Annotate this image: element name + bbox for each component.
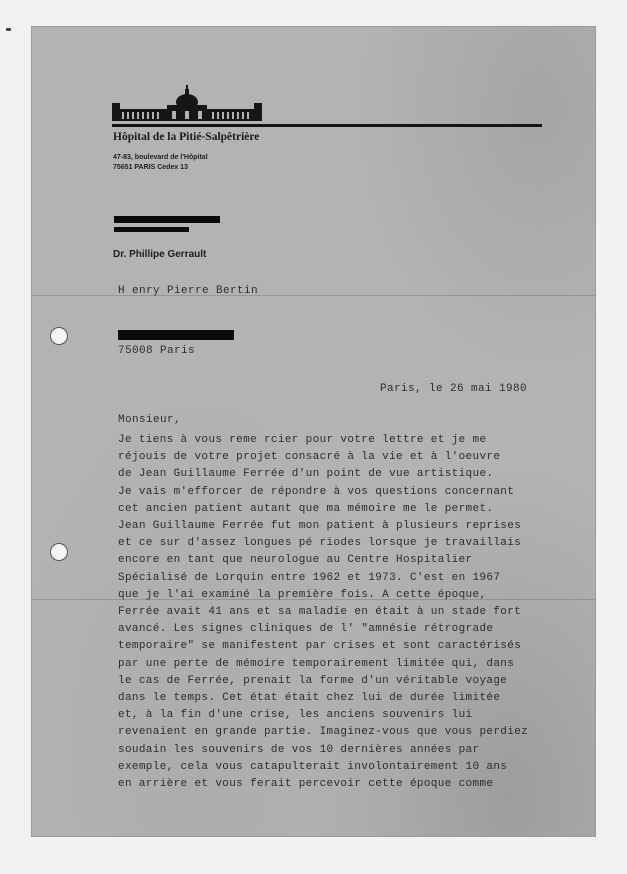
fold-line <box>32 295 595 296</box>
stray-mark <box>6 28 11 31</box>
body-line: Je tiens à vous reme rcier pour votre le… <box>118 432 598 449</box>
recipient-street-redacted <box>118 330 234 340</box>
institution-address-line1: 47-83, boulevard de l'Hôpital <box>113 154 208 161</box>
body-line: Je vais m'efforcer de répondre à vos que… <box>118 484 598 501</box>
body-line: soudain les souvenirs de vos 10 dernière… <box>118 742 598 759</box>
punch-hole <box>50 543 68 561</box>
body-line: le cas de Ferrée, prenait la forme d'un … <box>118 673 598 690</box>
hospital-building-icon <box>112 85 262 123</box>
institution-name: Hôpital de la Pitié-Salpêtrière <box>113 131 259 143</box>
letter-body: Je tiens à vous reme rcier pour votre le… <box>118 432 598 793</box>
punch-hole <box>50 327 68 345</box>
sender-name: Dr. Phillipe Gerrault <box>113 249 206 260</box>
letterhead-rule <box>112 124 542 127</box>
redaction-bar <box>114 227 189 232</box>
body-line: et ce sur d'assez longues pé riodes lors… <box>118 535 598 552</box>
letter-page: Hôpital de la Pitié-Salpêtrière 47-83, b… <box>32 27 595 836</box>
body-line: Ferrée avait 41 ans et sa maladie en éta… <box>118 604 598 621</box>
body-line: de Jean Guillaume Ferrée d'un point de v… <box>118 466 598 483</box>
institution-address-line2: 75651 PARIS Cedex 13 <box>113 164 188 171</box>
body-line: encore en tant que neurologue au Centre … <box>118 552 598 569</box>
body-line: cet ancien patient autant que ma mémoire… <box>118 501 598 518</box>
body-line: exemple, cela vous catapulterait involon… <box>118 759 598 776</box>
body-line: par une perte de mémoire temporairement … <box>118 656 598 673</box>
body-line: réjouis de votre projet consacré à la vi… <box>118 449 598 466</box>
body-line: et, à la fin d'une crise, les anciens so… <box>118 707 598 724</box>
body-line: que je l'ai examiné la première fois. A … <box>118 587 598 604</box>
recipient-city: 75008 Paris <box>118 345 195 357</box>
body-line: Jean Guillaume Ferrée fut mon patient à … <box>118 518 598 535</box>
salutation: Monsieur, <box>118 414 181 426</box>
body-line: dans le temps. Cet état était chez lui d… <box>118 690 598 707</box>
date-line: Paris, le 26 mai 1980 <box>380 383 527 395</box>
body-line: en arrière et vous ferait percevoir cett… <box>118 776 598 793</box>
redaction-bar <box>114 216 220 223</box>
body-line: temporaire" se manifestent par crises et… <box>118 638 598 655</box>
body-line: revenaient en grande partie. Imaginez-vo… <box>118 724 598 741</box>
body-line: Spécialisé de Lorquin entre 1962 et 1973… <box>118 570 598 587</box>
recipient-name: H enry Pierre Bertin <box>118 285 258 297</box>
body-line: avancé. Les signes cliniques de l' "amné… <box>118 621 598 638</box>
